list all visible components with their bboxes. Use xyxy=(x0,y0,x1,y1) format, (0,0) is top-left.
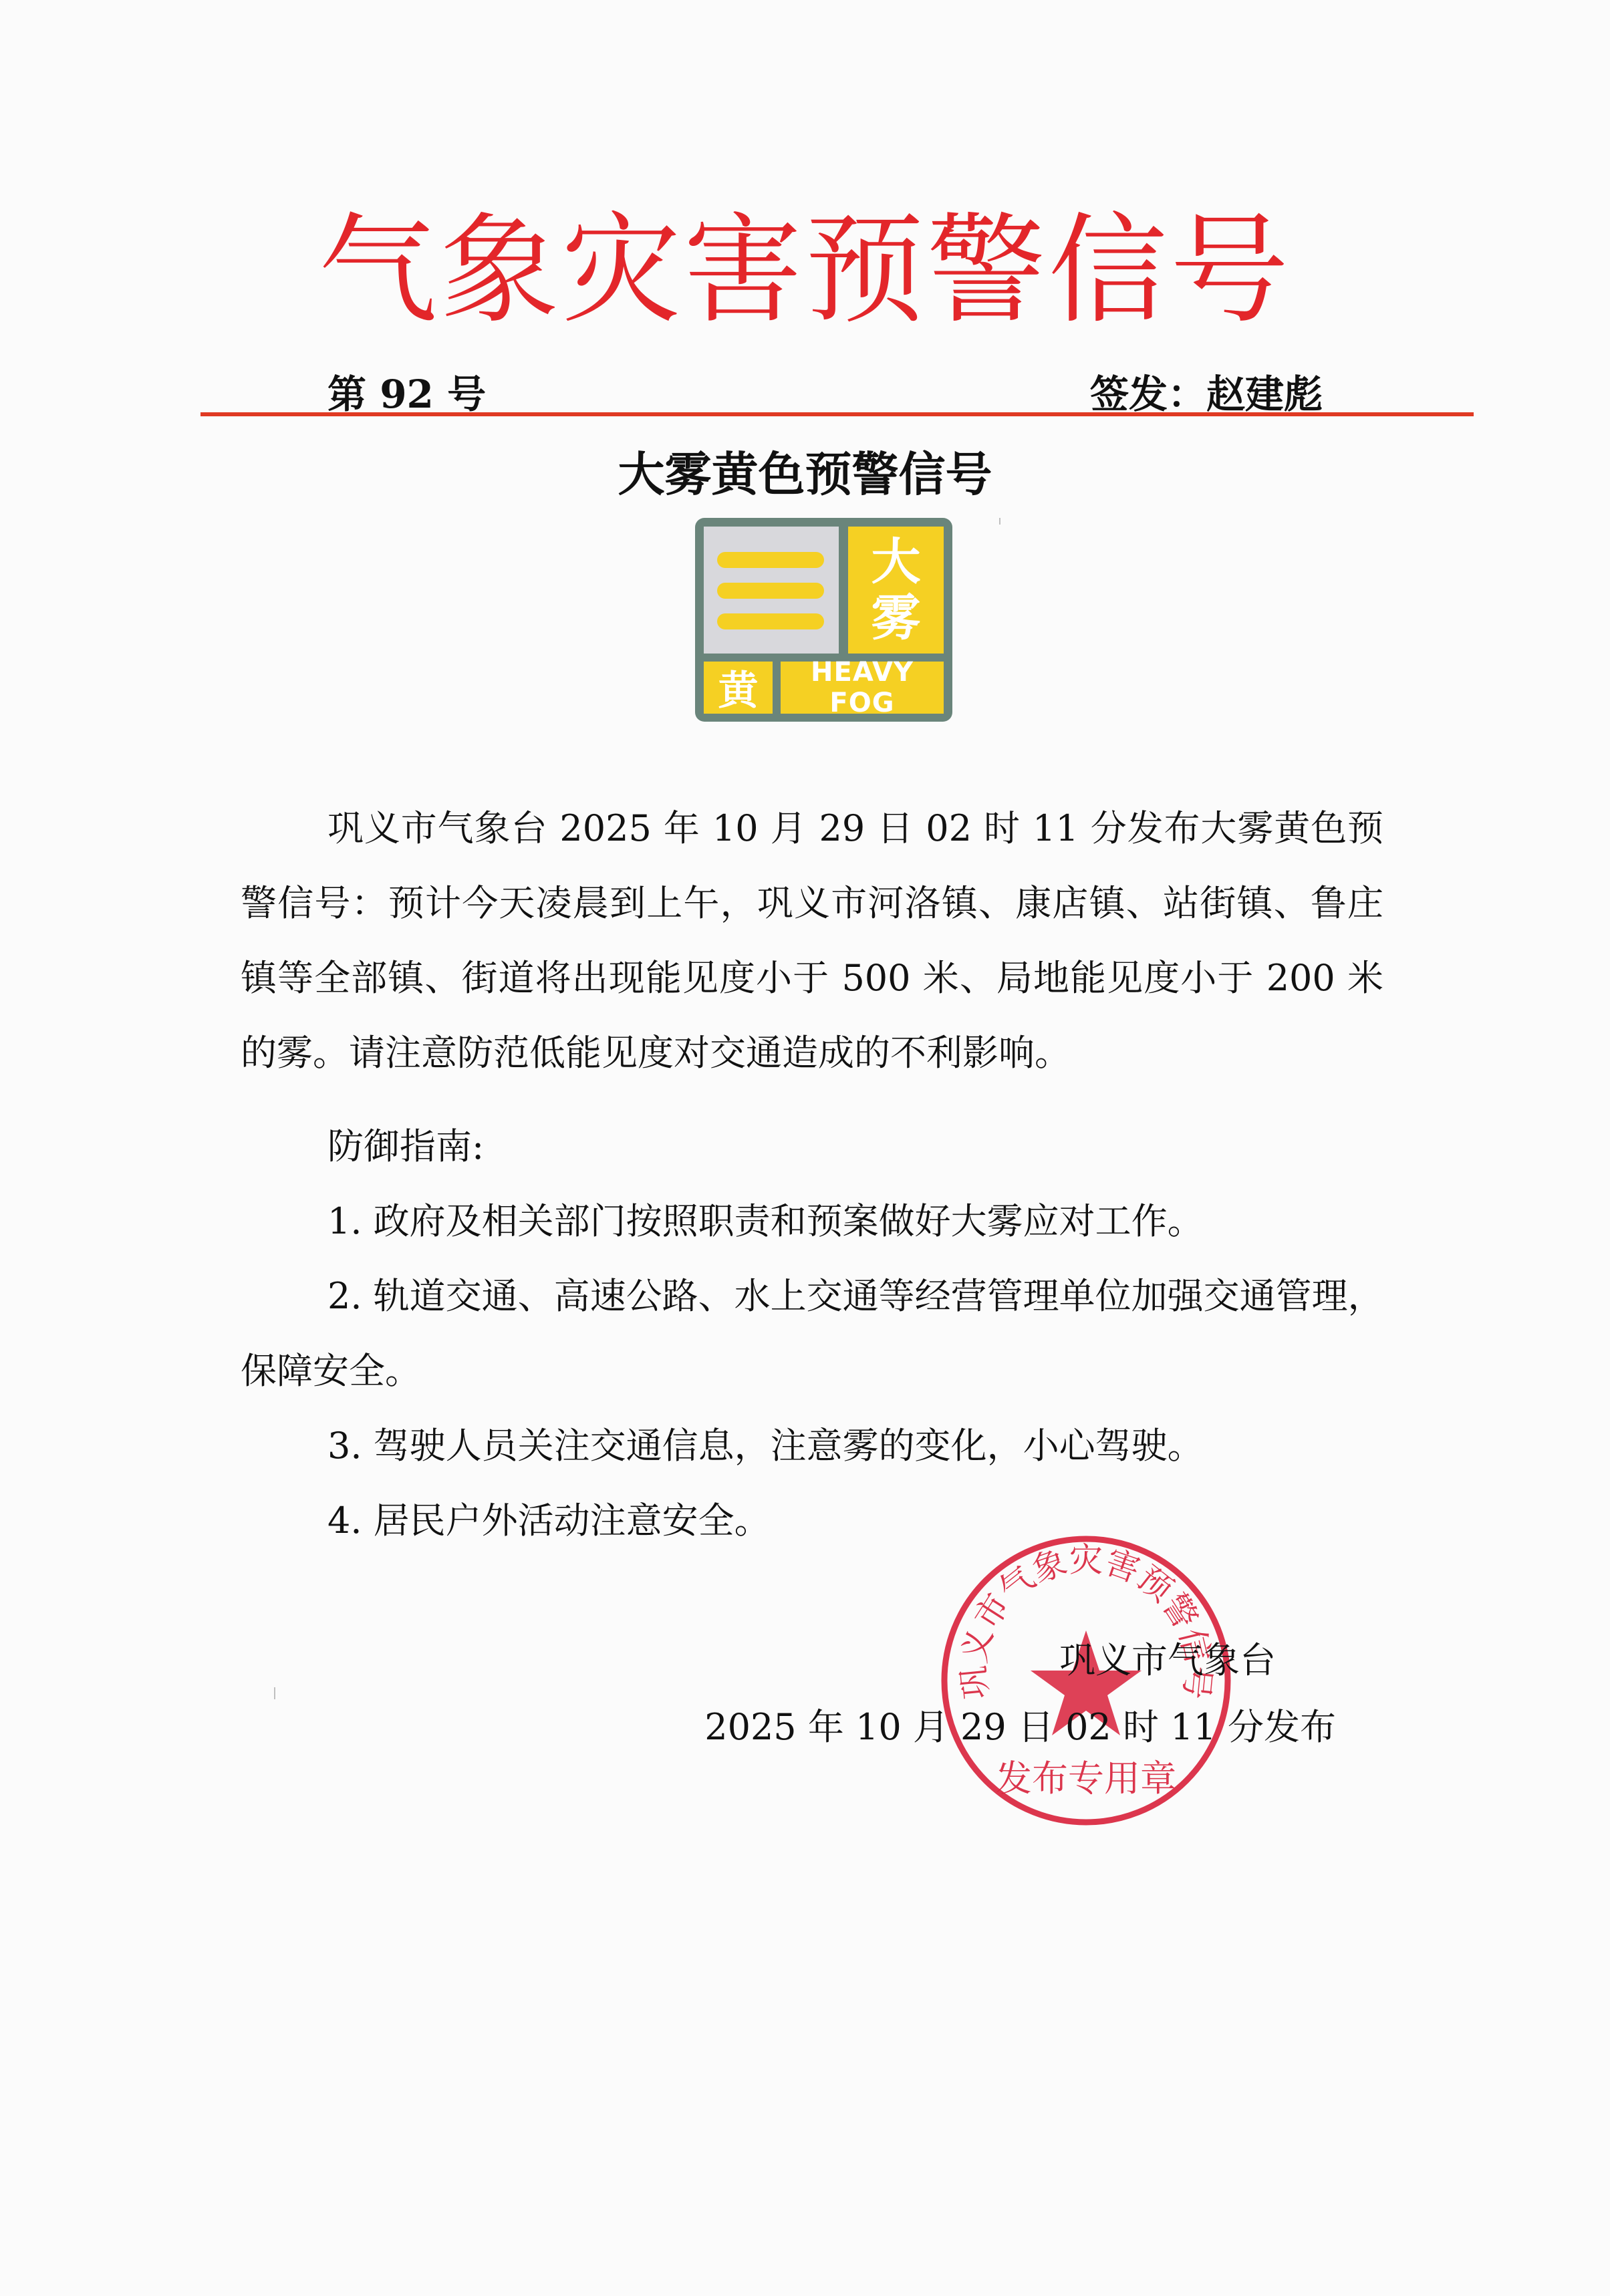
warning-body-text: 巩义市气象台 2025 年 10 月 29 日 02 时 11 分发布大雾黄色预… xyxy=(241,791,1383,1091)
fog-bar-icon xyxy=(717,552,824,568)
signal-english-label: HEAVY FOG xyxy=(781,662,944,714)
signal-char-top: 大 xyxy=(871,534,921,590)
guide-item: 1. 政府及相关部门按照职责和预案做好大雾应对工作。 xyxy=(241,1184,1390,1259)
scan-speck xyxy=(999,518,1000,525)
seal-bottom-text: 发布专用章 xyxy=(996,1757,1176,1800)
fog-bar-icon xyxy=(717,583,824,599)
signal-hazard-label: 大 雾 xyxy=(848,527,944,654)
warning-title: 大雾黄色预警信号 xyxy=(0,444,1610,505)
header-divider xyxy=(200,412,1474,416)
defense-guide-heading: 防御指南: xyxy=(327,1109,484,1184)
issuer-name: 巩义市气象台 xyxy=(1059,1634,1276,1687)
signer: 签发：赵建彪 xyxy=(1090,371,1323,418)
guide-item: 4. 居民户外活动注意安全。 xyxy=(241,1483,1390,1558)
defense-guide-list: 1. 政府及相关部门按照职责和预案做好大雾应对工作。 2. 轨道交通、高速公路、… xyxy=(241,1184,1390,1558)
scan-speck xyxy=(274,1687,275,1699)
heavy-fog-yellow-signal-icon: 大 雾 黄 HEAVY FOG xyxy=(695,518,952,722)
issue-number: 第 92 号 xyxy=(327,371,486,418)
guide-item: 3. 驾驶人员关注交通信息，注意雾的变化，小心驾驶。 xyxy=(241,1409,1390,1483)
document-header-title: 气象灾害预警信号 xyxy=(0,204,1610,337)
guide-item: 2. 轨道交通、高速公路、水上交通等经营管理单位加强交通管理，保障安全。 xyxy=(241,1259,1390,1409)
signal-char-bottom: 雾 xyxy=(871,590,921,646)
signal-level-label: 黄 xyxy=(704,662,773,714)
fog-bar-icon xyxy=(717,613,824,629)
issued-datetime: 2025 年 10 月 29 日 02 时 11 分发布 xyxy=(704,1701,1336,1754)
fog-bars-panel xyxy=(704,527,839,654)
